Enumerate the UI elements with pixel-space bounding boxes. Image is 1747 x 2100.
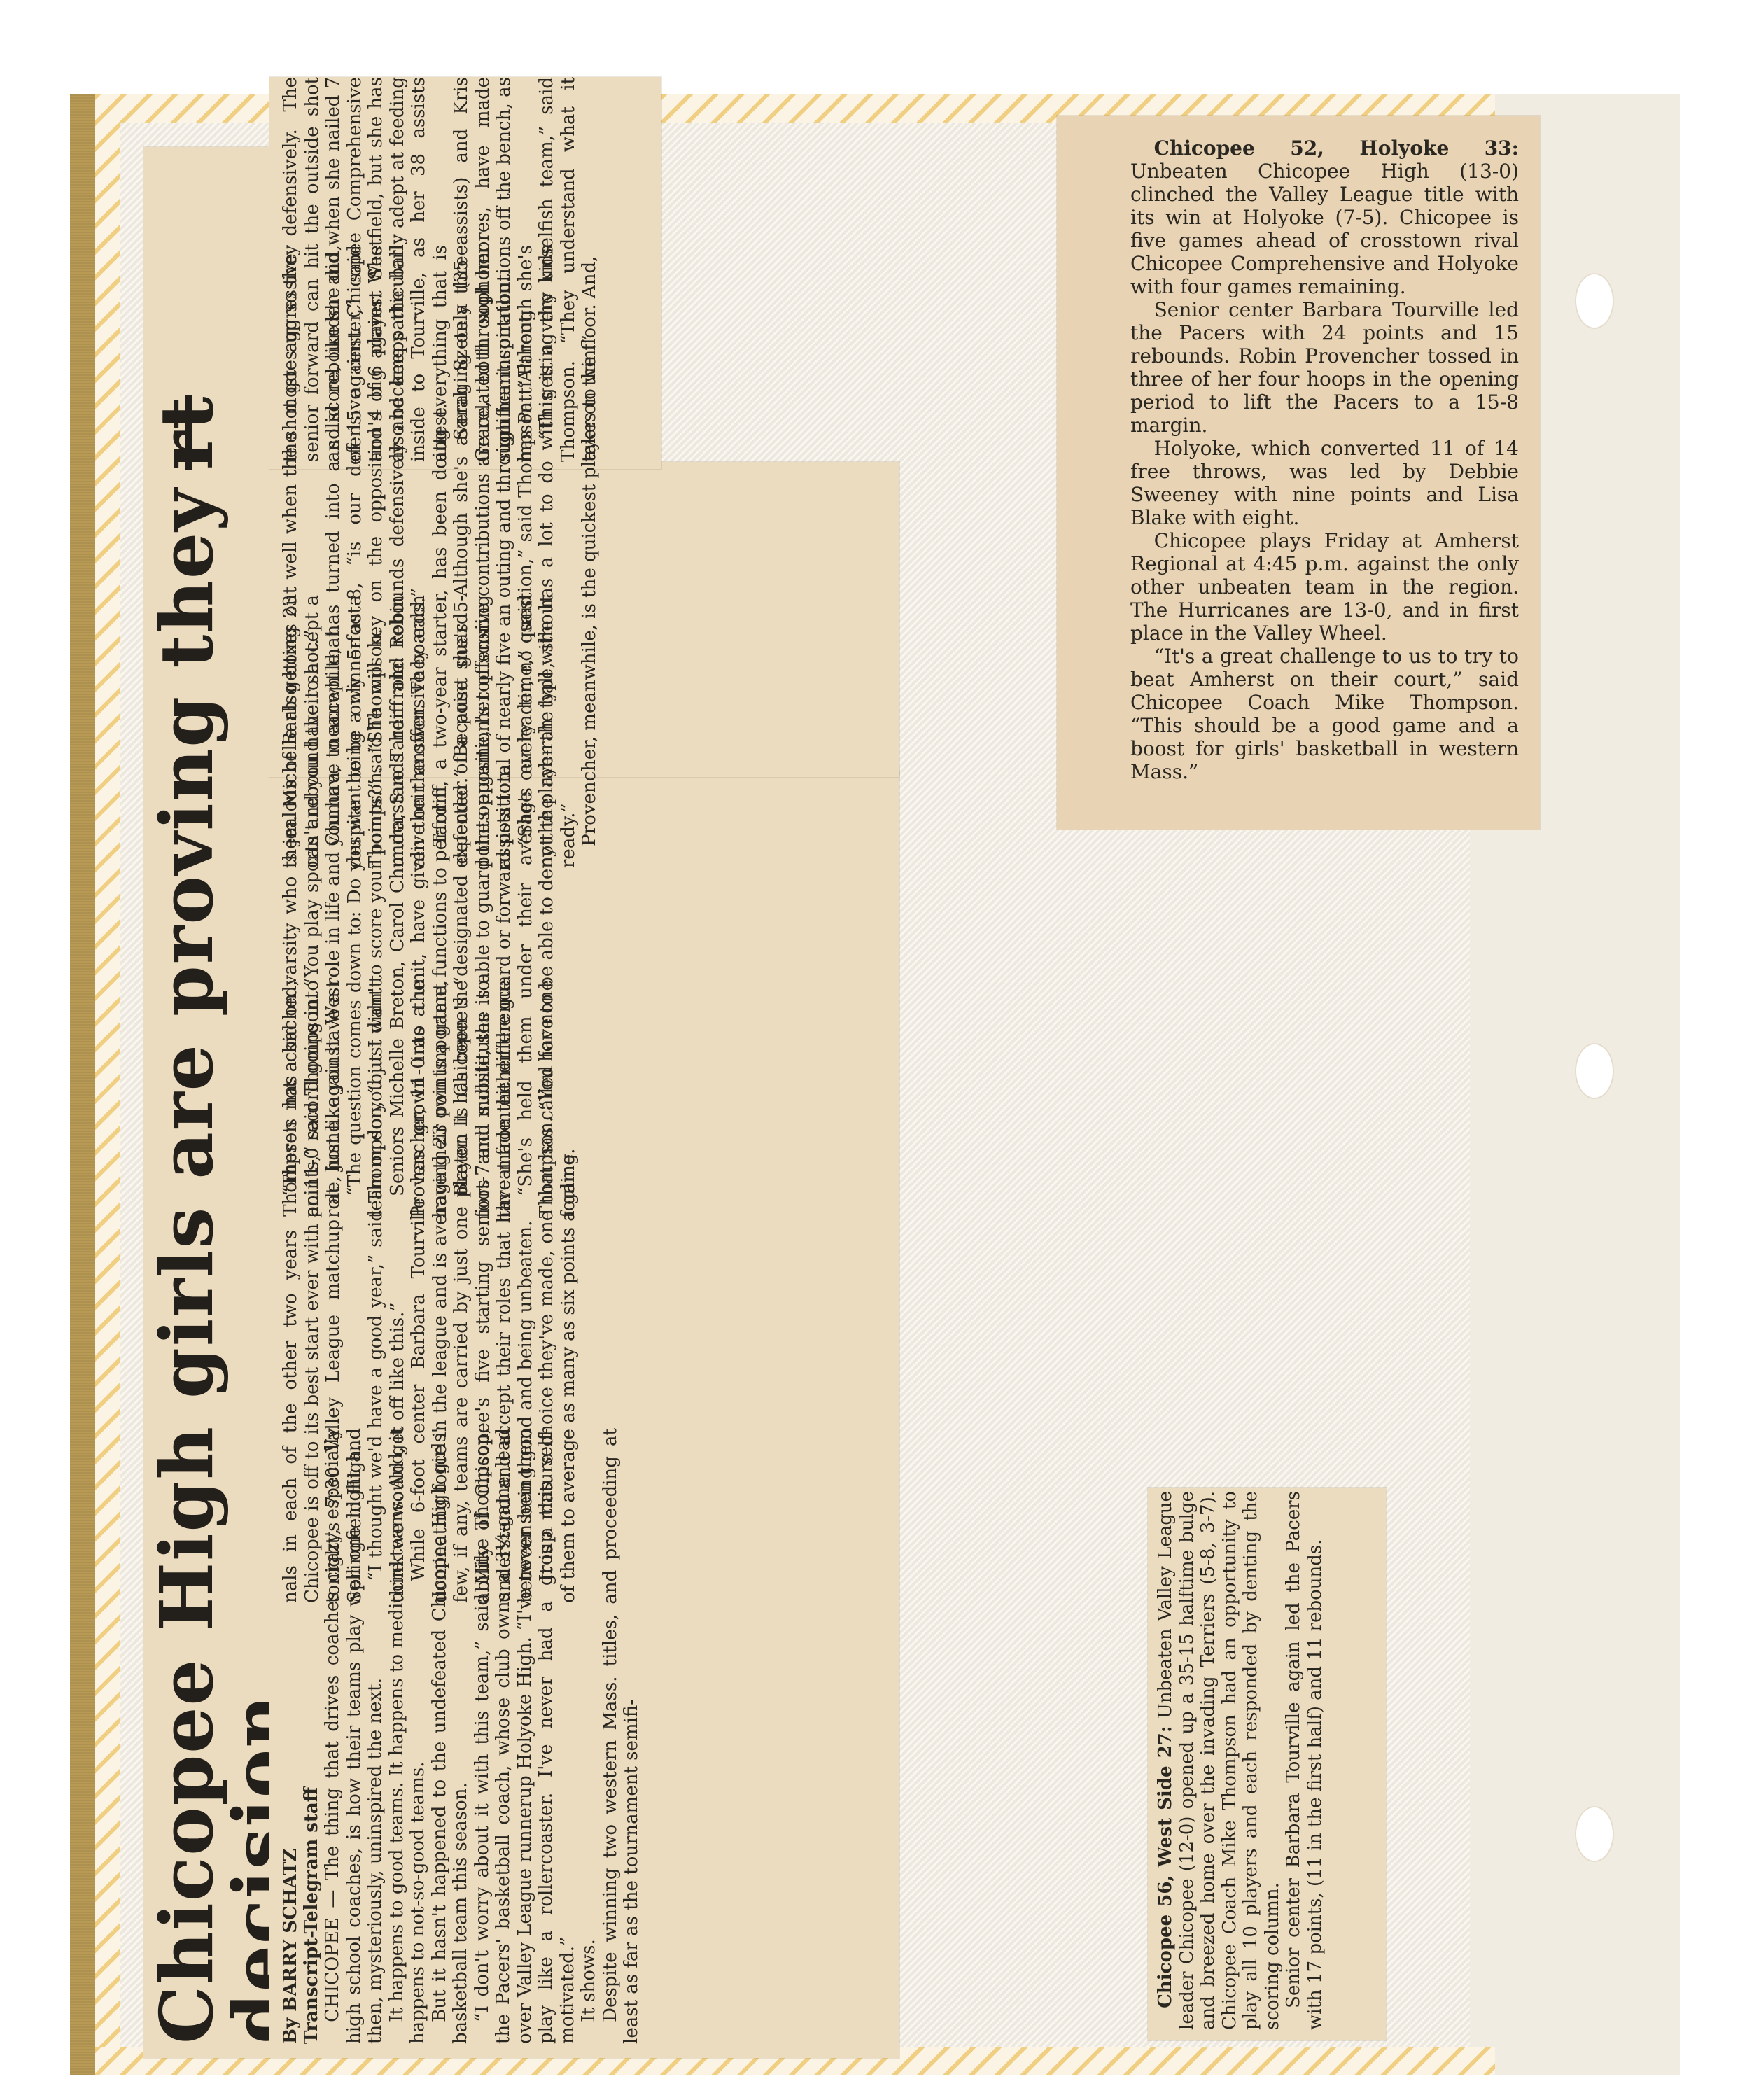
decorative-stripe-left	[95, 94, 120, 2075]
binder-hole-bottom	[1575, 1806, 1614, 1862]
binder-hole-top	[1575, 273, 1614, 329]
clipping-paragraph: Senior center Barbara Tourville led the …	[1130, 298, 1519, 437]
article-paragraph: It shows.	[578, 1428, 600, 2044]
game-score-lead: Chicopee 56, West Side 27:	[1155, 1726, 1176, 2008]
article-paragraph: the most aggressive defensively. The sen…	[280, 77, 451, 462]
clipping-paragraph: Chicopee plays Friday at Amherst Regiona…	[1130, 529, 1519, 645]
game-score-lead: Chicopee 52, Holyoke 33:	[1154, 136, 1519, 160]
article-column-5: the most aggressive defensively. The sen…	[280, 77, 658, 462]
clipping-paragraph: Chicopee 52, Holyoke 33: Unbeaten Chicop…	[1130, 136, 1519, 298]
clipping-paragraph: “It's a great challenge to us to try to …	[1130, 645, 1519, 783]
clipping-westside-text: Chicopee 56, West Side 27: Unbeaten Vall…	[1155, 1491, 1386, 2030]
clipping-paragraph: Senior center Barbara Tourville again le…	[1283, 1491, 1326, 2030]
article-paragraph: “This is a very unselfish team,” said Th…	[536, 77, 601, 462]
clipping-paragraph: Chicopee 56, West Side 27: Unbeaten Vall…	[1155, 1491, 1283, 2030]
binder-hole-middle	[1575, 1043, 1614, 1099]
headline-text: Chicopee High girls are proving they	[150, 487, 223, 2044]
article-paragraph: Sarah Szetela (35 assists) and Kris Grac…	[451, 77, 536, 462]
article-paragraph: Despite winning two western Mass. titles…	[600, 1428, 643, 2044]
clipping-holyoke-text: Chicopee 52, Holyoke 33: Unbeaten Chicop…	[1130, 136, 1519, 783]
binding-spine	[70, 94, 95, 2075]
clipping-holyoke: Chicopee 52, Holyoke 33: Unbeaten Chicop…	[1057, 115, 1540, 829]
headline-struck-word: rt	[150, 395, 223, 470]
clipping-paragraph: Holyoke, which converted 11 of 14 free t…	[1130, 437, 1519, 529]
